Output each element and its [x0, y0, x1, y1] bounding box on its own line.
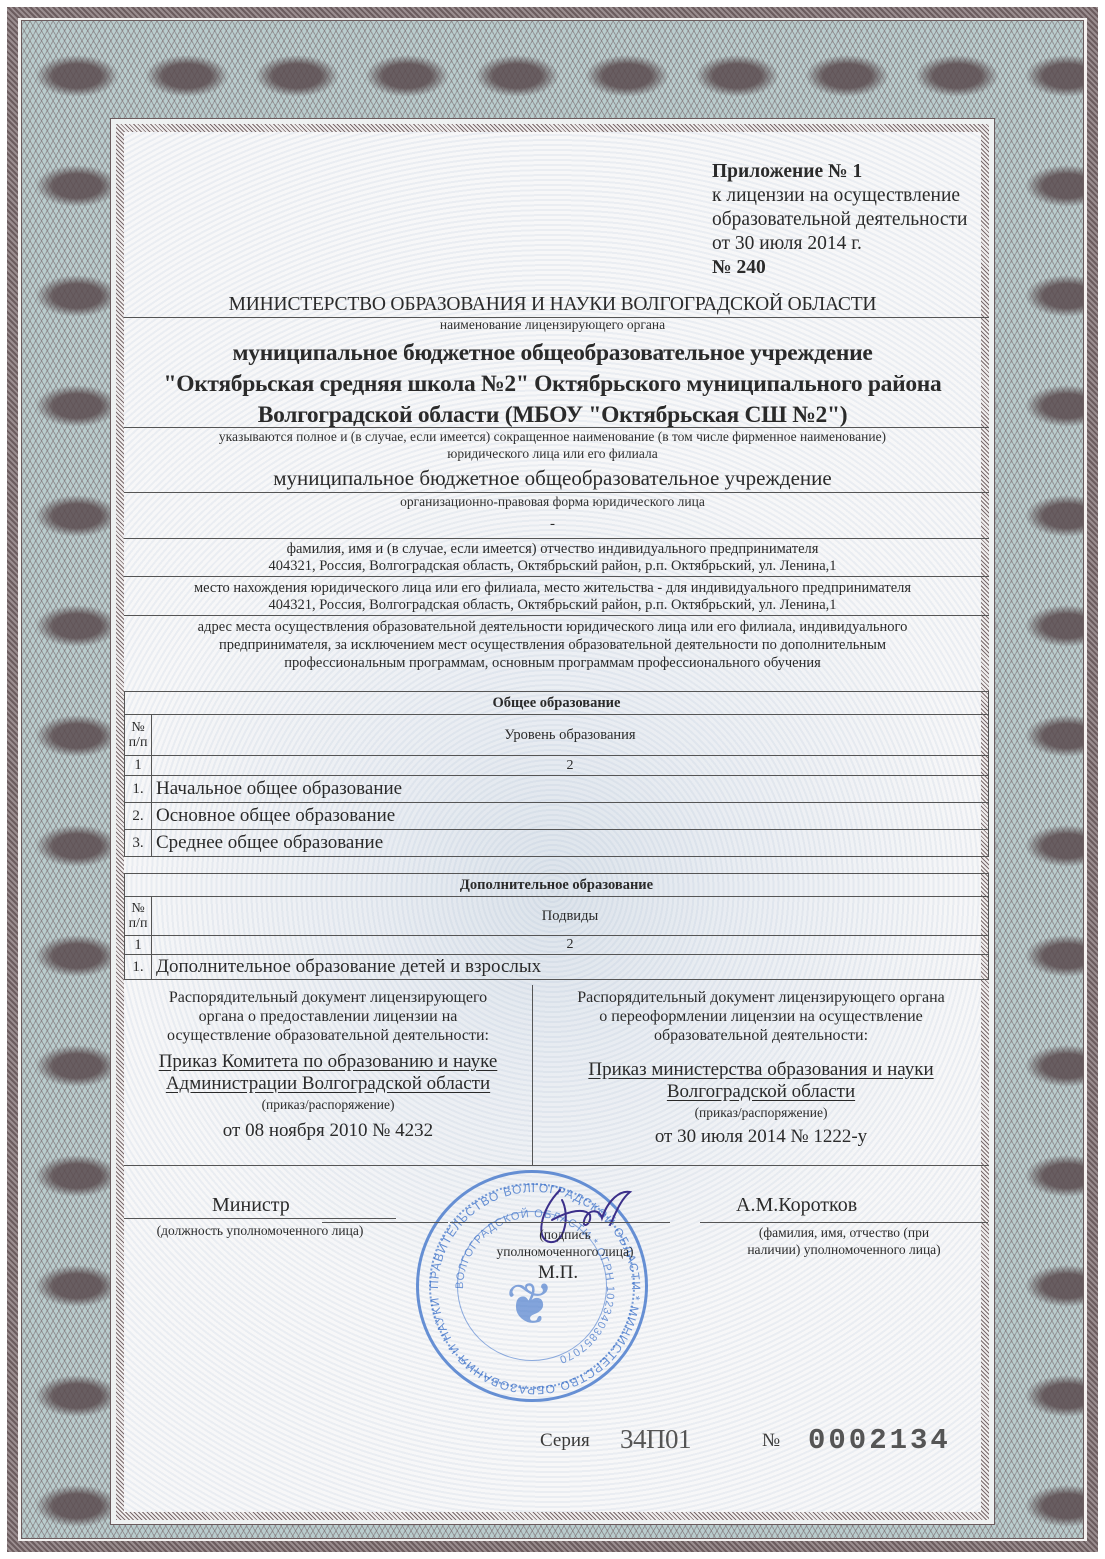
- grant-order-title: Приказ Комитета по образованию и науке А…: [124, 1051, 532, 1095]
- reissue-order-block: Распорядительный документ лицензирующего…: [533, 985, 989, 1165]
- legal-form-caption: организационно-правовая форма юридическо…: [124, 494, 981, 510]
- name-caption: (фамилия, имя, отчество (при наличии) уп…: [700, 1224, 988, 1258]
- table-header-row: № п/п Подвиды: [125, 897, 989, 936]
- table-header-row: № п/п Уровень образования: [125, 715, 989, 756]
- appendix-date: от 30 июля 2014 г.: [712, 232, 967, 256]
- grant-order-date: от 08 ноября 2010 № 4232: [124, 1121, 532, 1140]
- official-position: Министр: [212, 1194, 290, 1217]
- position-caption: (должность уполномоченного лица): [124, 1222, 396, 1239]
- general-education-table: Общее образование № п/п Уровень образова…: [124, 691, 989, 857]
- table-section-header: Дополнительное образование: [125, 874, 989, 897]
- activity-address-caption: адрес места осуществления образовательно…: [124, 618, 981, 672]
- reissue-order-date: от 30 июля 2014 № 1222-у: [533, 1127, 989, 1146]
- grant-order-block: Распорядительный документ лицензирующего…: [124, 985, 533, 1165]
- additional-education-table: Дополнительное образование № п/п Подвиды…: [124, 873, 989, 980]
- location-caption: место нахождения юридического лица или е…: [124, 579, 981, 597]
- table-row: 1. Начальное общее образование: [125, 776, 989, 803]
- reissue-order-title: Приказ министерства образования и науки …: [533, 1059, 989, 1103]
- signature-line: [450, 1222, 670, 1223]
- position-line: [124, 1218, 396, 1219]
- entrepreneur-value: -: [124, 516, 981, 533]
- activity-address-value: 404321, Россия, Волгоградская область, О…: [124, 597, 981, 614]
- general-education-title: Общее образование: [125, 692, 989, 715]
- subtype-column-header: Подвиды: [152, 897, 989, 936]
- name-line: [700, 1222, 988, 1223]
- legal-form-value: муниципальное бюджетное общеобразователь…: [124, 466, 981, 491]
- appendix-title: Приложение № 1: [712, 161, 862, 182]
- organization-name-line-1: муниципальное бюджетное общеобразователь…: [124, 338, 981, 369]
- table-row: 1. Дополнительное образование детей и вз…: [125, 955, 989, 980]
- divider: [124, 576, 989, 577]
- appendix-line-1: к лицензии на осуществление: [712, 184, 967, 208]
- seal-place-mark: М.П.: [538, 1262, 578, 1284]
- num-column-header: № п/п: [125, 897, 152, 936]
- organization-caption: указываются полное и (в случае, если име…: [124, 428, 981, 462]
- entrepreneur-caption: фамилия, имя и (в случае, если имеется) …: [124, 540, 981, 558]
- table-section-header: Общее образование: [125, 692, 989, 715]
- appendix-line-2: образовательной деятельности: [712, 208, 967, 232]
- signature-line-left: [322, 1222, 448, 1223]
- num-column-header: № п/п: [125, 715, 152, 756]
- additional-education-title: Дополнительное образование: [125, 874, 989, 897]
- divider: [124, 492, 989, 493]
- table-row: 3. Среднее общее образование: [125, 830, 989, 857]
- level-column-header: Уровень образования: [152, 715, 989, 756]
- table-row: 2. Основное общее образование: [125, 803, 989, 830]
- appendix-header: Приложение № 1 к лицензии на осуществлен…: [712, 160, 967, 280]
- blank-number: 0002134: [808, 1424, 951, 1457]
- administrative-documents: Распорядительный документ лицензирующего…: [124, 985, 989, 1166]
- licensing-body-caption: наименование лицензирующего органа: [124, 317, 981, 333]
- divider: [124, 538, 989, 539]
- table-index-row: 1 2: [125, 756, 989, 776]
- licensing-body-name: МИНИСТЕРСТВО ОБРАЗОВАНИЯ И НАУКИ ВОЛГОГР…: [124, 294, 981, 316]
- organization-name: муниципальное бюджетное общеобразователь…: [124, 338, 981, 431]
- official-name: А.М.Коротков: [736, 1194, 857, 1217]
- signature-caption: (подпись уполномоченного лица): [460, 1226, 670, 1260]
- location-value: 404321, Россия, Волгоградская область, О…: [124, 558, 981, 575]
- series-value: 34П01: [620, 1424, 691, 1455]
- table-index-row: 1 2: [125, 936, 989, 955]
- divider: [124, 615, 989, 616]
- organization-name-line-2: "Октябрьская средняя школа №2" Октябрьск…: [124, 369, 981, 400]
- number-label: №: [762, 1430, 780, 1452]
- series-label: Серия: [540, 1430, 590, 1452]
- license-number: № 240: [712, 257, 766, 278]
